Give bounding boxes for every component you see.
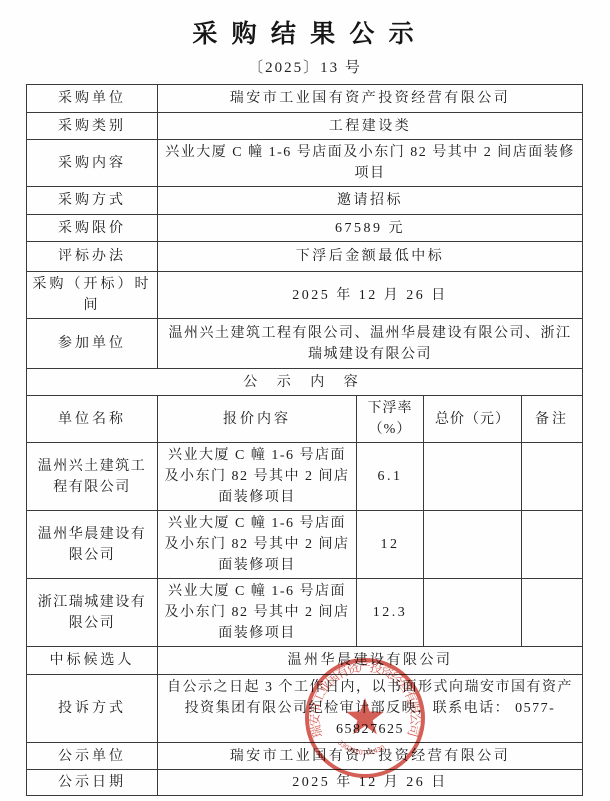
row-label: 参加单位 <box>27 319 158 369</box>
row-value: 下浮后金额最低中标 <box>158 242 583 272</box>
bid-content: 兴业大厦 C 幢 1-6 号店面及小东门 82 号其中 2 间店面装修项目 <box>158 511 357 579</box>
bid-rate: 6.1 <box>357 443 424 511</box>
bid-row: 温州华晨建设有限公司 兴业大厦 C 幢 1-6 号店面及小东门 82 号其中 2… <box>27 511 583 579</box>
bid-rate: 12 <box>357 511 424 579</box>
row-value: 瑞安市工业国有资产投资经营有限公司 <box>158 743 583 770</box>
bid-content: 兴业大厦 C 幢 1-6 号店面及小东门 82 号其中 2 间店面装修项目 <box>158 579 357 647</box>
bid-note <box>522 511 583 579</box>
document-page: 采 购 结 果 公 示 〔2025〕13 号 采购单位 瑞安市工业国有资产投资经… <box>0 0 610 801</box>
row-value: 67589 元 <box>158 215 583 242</box>
footer-row-complaint: 投诉方式 自公示之日起 3 个工作日内，以书面形式向瑞安市国有资产投资集团有限公… <box>27 675 583 743</box>
bid-row: 温州兴土建筑工程有限公司 兴业大厦 C 幢 1-6 号店面及小东门 82 号其中… <box>27 443 583 511</box>
bid-rate: 12.3 <box>357 579 424 647</box>
bid-content: 兴业大厦 C 幢 1-6 号店面及小东门 82 号其中 2 间店面装修项目 <box>158 443 357 511</box>
section-header: 公 示 内 容 <box>27 369 583 396</box>
info-row-price-limit: 采购限价 67589 元 <box>27 215 583 242</box>
row-value: 工程建设类 <box>158 113 583 140</box>
info-row-open-time: 采购（开标）时间 2025 年 12 月 26 日 <box>27 272 583 319</box>
row-value: 温州华晨建设有限公司 <box>158 647 583 675</box>
bid-note <box>522 443 583 511</box>
row-value: 温州兴土建筑工程有限公司、温州华晨建设有限公司、浙江瑞城建设有限公司 <box>158 319 583 369</box>
info-row-participants: 参加单位 温州兴土建筑工程有限公司、温州华晨建设有限公司、浙江瑞城建设有限公司 <box>27 319 583 369</box>
bid-row: 浙江瑞城建设有限公司 兴业大厦 C 幢 1-6 号店面及小东门 82 号其中 2… <box>27 579 583 647</box>
info-row-purchase-unit: 采购单位 瑞安市工业国有资产投资经营有限公司 <box>27 85 583 113</box>
row-value: 兴业大厦 C 幢 1-6 号店面及小东门 82 号其中 2 间店面装修项目 <box>158 140 583 187</box>
row-label: 采购（开标）时间 <box>27 272 158 319</box>
row-label: 采购单位 <box>27 85 158 113</box>
info-row-category: 采购类别 工程建设类 <box>27 113 583 140</box>
row-label: 中标候选人 <box>27 647 158 675</box>
bid-note <box>522 579 583 647</box>
bid-total <box>424 443 522 511</box>
bid-table-header-row: 单位名称 报价内容 下浮率（%） 总价（元） 备注 <box>27 396 583 443</box>
column-header-rate: 下浮率（%） <box>357 396 424 443</box>
column-header-content: 报价内容 <box>158 396 357 443</box>
section-header-row: 公 示 内 容 <box>27 369 583 396</box>
bid-company: 温州华晨建设有限公司 <box>27 511 158 579</box>
row-value: 邀请招标 <box>158 187 583 215</box>
row-label: 评标办法 <box>27 242 158 272</box>
bid-company: 温州兴土建筑工程有限公司 <box>27 443 158 511</box>
bid-total <box>424 579 522 647</box>
bid-company: 浙江瑞城建设有限公司 <box>27 579 158 647</box>
column-header-total: 总价（元） <box>424 396 522 443</box>
row-label: 公示日期 <box>27 770 158 796</box>
row-value: 瑞安市工业国有资产投资经营有限公司 <box>158 85 583 113</box>
row-label: 采购限价 <box>27 215 158 242</box>
footer-row-publicity-date: 公示日期 2025 年 12 月 26 日 <box>27 770 583 796</box>
info-row-content: 采购内容 兴业大厦 C 幢 1-6 号店面及小东门 82 号其中 2 间店面装修… <box>27 140 583 187</box>
bid-total <box>424 511 522 579</box>
info-row-method: 采购方式 邀请招标 <box>27 187 583 215</box>
column-header-company: 单位名称 <box>27 396 158 443</box>
row-label: 采购类别 <box>27 113 158 140</box>
page-title: 采 购 结 果 公 示 <box>0 14 610 50</box>
row-label: 公示单位 <box>27 743 158 770</box>
footer-row-winner: 中标候选人 温州华晨建设有限公司 <box>27 647 583 675</box>
row-value: 2025 年 12 月 26 日 <box>158 272 583 319</box>
row-value: 自公示之日起 3 个工作日内，以书面形式向瑞安市国有资产投资集团有限公司纪检审计… <box>158 675 583 743</box>
footer-row-publicity-unit: 公示单位 瑞安市工业国有资产投资经营有限公司 <box>27 743 583 770</box>
row-label: 采购方式 <box>27 187 158 215</box>
row-value: 2025 年 12 月 26 日 <box>158 770 583 796</box>
row-label: 采购内容 <box>27 140 158 187</box>
row-label: 投诉方式 <box>27 675 158 743</box>
info-row-evaluation: 评标办法 下浮后金额最低中标 <box>27 242 583 272</box>
document-number: 〔2025〕13 号 <box>0 56 610 77</box>
column-header-note: 备注 <box>522 396 583 443</box>
procurement-table: 采购单位 瑞安市工业国有资产投资经营有限公司 采购类别 工程建设类 采购内容 兴… <box>26 84 583 796</box>
